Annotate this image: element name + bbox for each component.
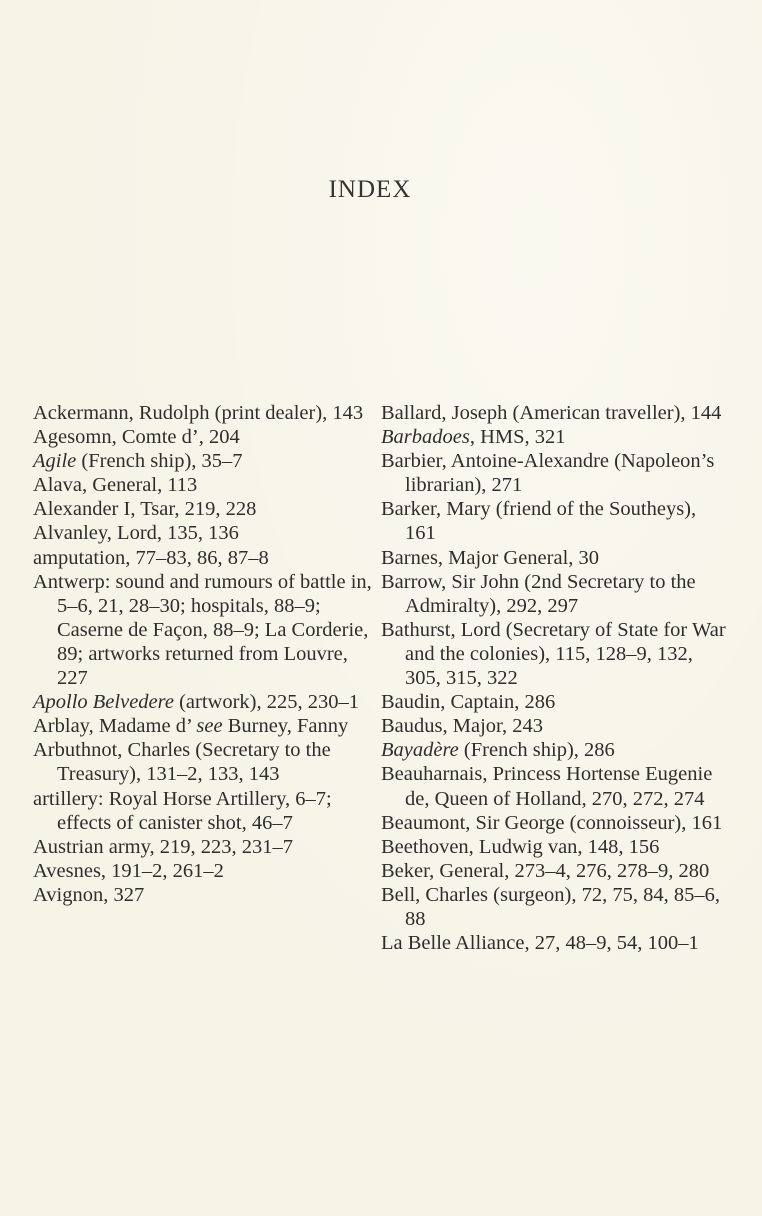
- index-entry: Beaumont, Sir George (connoisseur), 161: [381, 811, 731, 835]
- index-column-left: Ackermann, Rudolph (print dealer), 143 A…: [33, 401, 373, 907]
- index-entry: Bell, Charles (surgeon), 72, 75, 84, 85–…: [381, 883, 731, 931]
- index-entry: Arblay, Madame d’ see Burney, Fanny: [33, 714, 373, 738]
- cross-reference-see: see: [196, 715, 222, 737]
- entry-text: (French ship), 286: [459, 739, 615, 761]
- index-entry: Avignon, 327: [33, 883, 373, 907]
- index-entry: Apollo Belvedere (artwork), 225, 230–1: [33, 690, 373, 714]
- index-entry: Beethoven, Ludwig van, 148, 156: [381, 835, 731, 859]
- index-entry: Alava, General, 113: [33, 473, 373, 497]
- index-entry: Alvanley, Lord, 135, 136: [33, 521, 373, 545]
- index-entry: Baudus, Major, 243: [381, 714, 731, 738]
- entry-italic-term: Barbadoes: [381, 426, 470, 448]
- entry-text: Arblay, Madame d’: [33, 715, 196, 737]
- entry-italic-term: Bayadère: [381, 739, 459, 761]
- index-entry: Beauharnais, Princess Hortense Eugenie d…: [381, 762, 731, 810]
- index-entry: amputation, 77–83, 86, 87–8: [33, 546, 373, 570]
- index-entry: Barbier, Antoine-Alexandre (Napoleon’s l…: [381, 449, 731, 497]
- index-entry: Agesomn, Comte d’, 204: [33, 425, 373, 449]
- entry-text: , HMS, 321: [470, 426, 566, 448]
- index-entry: Beker, General, 273–4, 276, 278–9, 280: [381, 859, 731, 883]
- index-entry: Bathurst, Lord (Secretary of State for W…: [381, 618, 731, 690]
- index-entry: Agile (French ship), 35–7: [33, 449, 373, 473]
- entry-italic-term: Agile: [33, 450, 76, 472]
- entry-text: (artwork), 225, 230–1: [174, 691, 359, 713]
- entry-text: Burney, Fanny: [223, 715, 349, 737]
- index-entry: Austrian army, 219, 223, 231–7: [33, 835, 373, 859]
- index-entry: Bayadère (French ship), 286: [381, 738, 731, 762]
- index-entry: Barnes, Major General, 30: [381, 546, 731, 570]
- index-entry: Barrow, Sir John (2nd Secretary to the A…: [381, 570, 731, 618]
- index-entry: Barbadoes, HMS, 321: [381, 425, 731, 449]
- index-entry: Avesnes, 191–2, 261–2: [33, 859, 373, 883]
- index-entry: Alexander I, Tsar, 219, 228: [33, 497, 373, 521]
- index-entry: artillery: Royal Horse Artillery, 6–7; e…: [33, 787, 373, 835]
- index-entry: Barker, Mary (friend of the Southeys), 1…: [381, 497, 731, 545]
- index-entry: Arbuthnot, Charles (Secretary to the Tre…: [33, 738, 373, 786]
- index-entry: Ackermann, Rudolph (print dealer), 143: [33, 401, 373, 425]
- index-column-right: Ballard, Joseph (American traveller), 14…: [381, 401, 731, 955]
- entry-text: (French ship), 35–7: [76, 450, 242, 472]
- index-entry: Antwerp: sound and rumours of battle in,…: [33, 570, 373, 690]
- index-entry: La Belle Alliance, 27, 48–9, 54, 100–1: [381, 931, 731, 955]
- index-entry: Ballard, Joseph (American traveller), 14…: [381, 401, 731, 425]
- entry-italic-term: Apollo Belvedere: [33, 691, 174, 713]
- book-page: INDEX Ackermann, Rudolph (print dealer),…: [0, 0, 762, 1216]
- page-title: INDEX: [0, 176, 740, 204]
- index-entry: Baudin, Captain, 286: [381, 690, 731, 714]
